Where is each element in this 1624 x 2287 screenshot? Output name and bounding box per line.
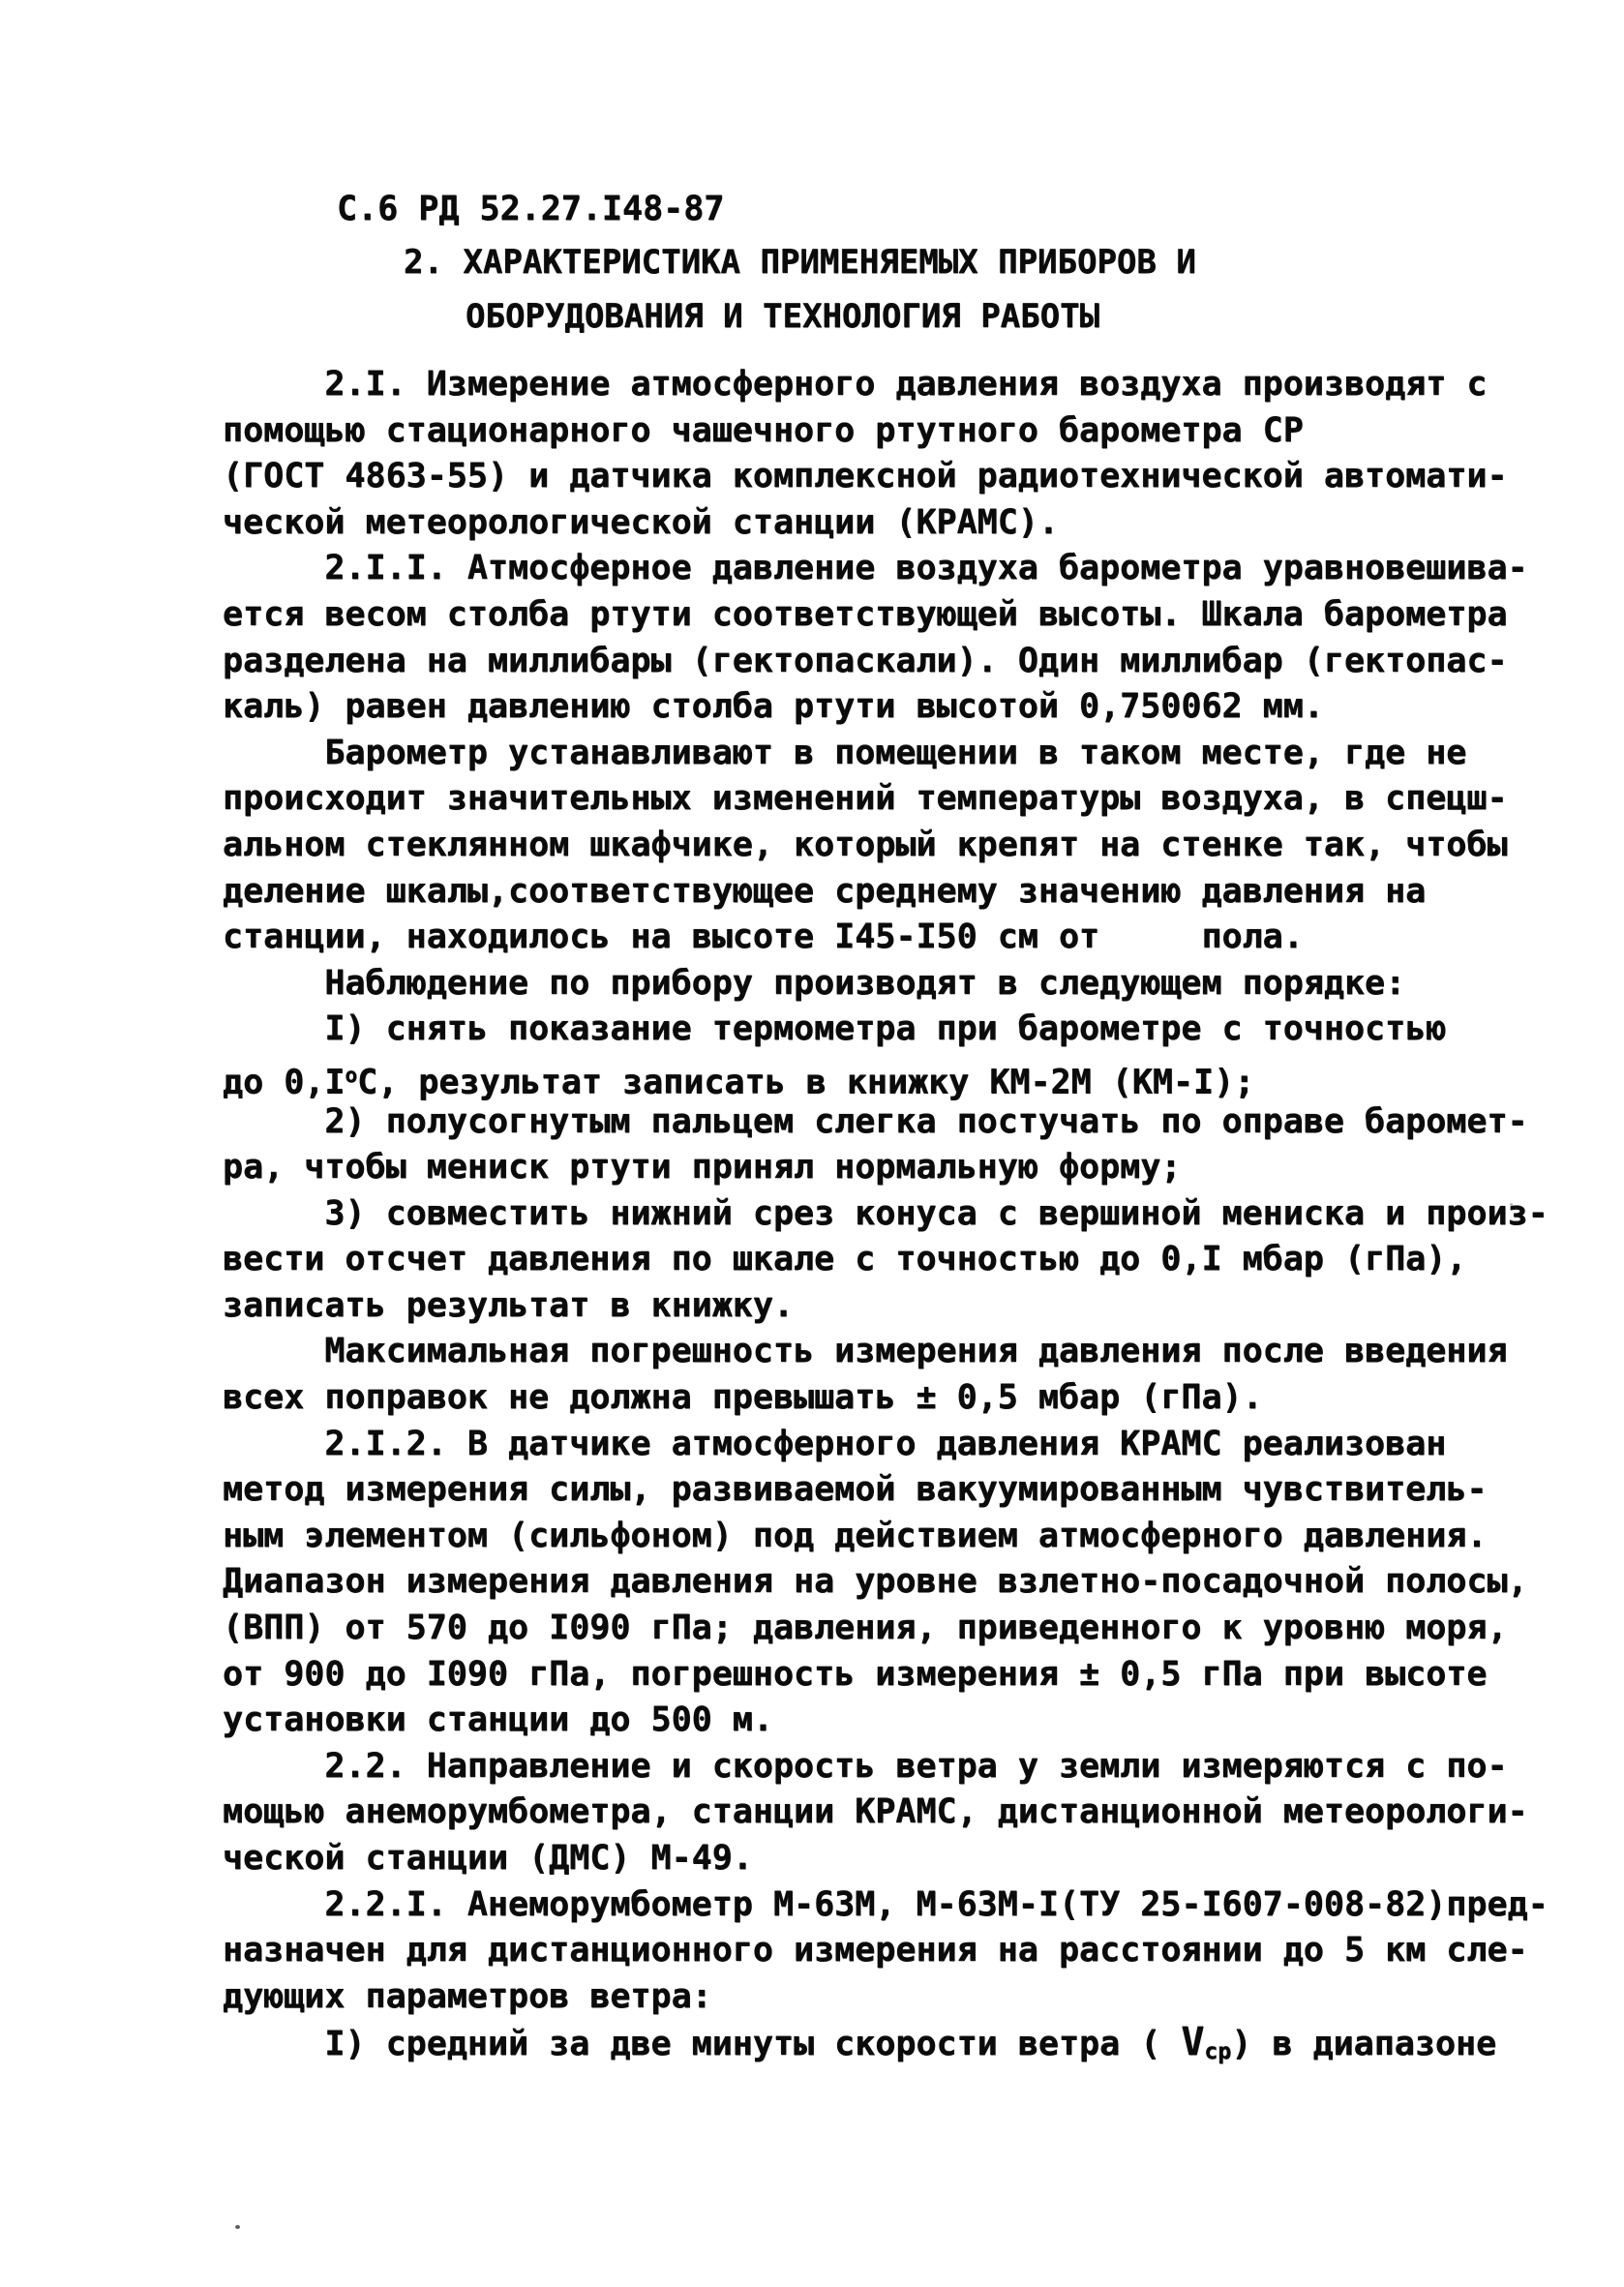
text-line: происходит значительных изменений темпер… bbox=[223, 776, 1607, 823]
text-segment: ра, чтобы мениск ртути принял нормальную… bbox=[223, 1148, 1181, 1187]
text-line: ным элементом (сильфоном) под действием … bbox=[223, 1514, 1607, 1560]
text-segment: помощью стационарного чашечного ртутного… bbox=[223, 411, 1304, 450]
text-line: деление шкалы,соответствующее среднему з… bbox=[223, 869, 1607, 916]
text-line: записать результат в книжку. bbox=[223, 1283, 1607, 1330]
text-segment: установки станции до 500 м. bbox=[223, 1700, 773, 1739]
text-segment: станции, находилось на высоте I45-I50 см… bbox=[223, 918, 1304, 956]
text-segment: I) снять показание термометра при бароме… bbox=[223, 1009, 1446, 1048]
text-segment: до 0,I bbox=[223, 1063, 345, 1101]
text-segment: I) средний за две минуты скорости ветра … bbox=[223, 2025, 1181, 2063]
text-segment: Максимальная погрешность измерения давле… bbox=[223, 1332, 1508, 1370]
text-line: 2.I.2. В датчике атмосферного давления К… bbox=[223, 1422, 1607, 1468]
text-segment: записать результат в книжку. bbox=[223, 1286, 794, 1325]
text-line: мощью анеморумбометра, станции КРАМС, ди… bbox=[223, 1790, 1607, 1836]
text-line: 2.2. Направление и скорость ветра у земл… bbox=[223, 1744, 1607, 1790]
text-line: до 0,IоС, результат записать в книжку КМ… bbox=[223, 1053, 1607, 1099]
text-segment: Барометр устанавливают в помещении в так… bbox=[223, 734, 1466, 772]
text-segment: ческой метеорологической станции (КРАМС)… bbox=[223, 503, 1059, 542]
text-line: ческой станции (ДМС) М-49. bbox=[223, 1836, 1607, 1882]
text-segment: ным элементом (сильфоном) под действием … bbox=[223, 1517, 1487, 1555]
text-segment: дующих параметров ветра: bbox=[223, 1977, 712, 2016]
text-segment: ) в диапазоне bbox=[1231, 2025, 1496, 2063]
text-line: назначен для дистанционного измерения на… bbox=[223, 1928, 1607, 1974]
text-line: метод измерения силы, развиваемой вакуум… bbox=[223, 1467, 1607, 1514]
text-line: I) средний за две минуты скорости ветра … bbox=[223, 2020, 1607, 2066]
text-segment: 2.2. Направление и скорость ветра у земл… bbox=[223, 1747, 1508, 1786]
text-line: Барометр устанавливают в помещении в так… bbox=[223, 731, 1607, 777]
text-segment: всех поправок не должна превышать ± 0,5 … bbox=[223, 1378, 1263, 1417]
text-segment: назначен для дистанционного измерения на… bbox=[223, 1931, 1528, 1970]
text-line: I) снять показание термометра при бароме… bbox=[223, 1007, 1607, 1053]
document-page: С.6 РД 52.27.I48-87 2. ХАРАКТЕРИСТИКА ПР… bbox=[0, 0, 1624, 2287]
text-segment: ср bbox=[1204, 2040, 1231, 2065]
text-line: Диапазон измерения давления на уровне вз… bbox=[223, 1559, 1607, 1606]
text-segment: V bbox=[1181, 2020, 1204, 2064]
text-segment: С, результат записать в книжку КМ-2М (КМ… bbox=[357, 1063, 1254, 1101]
text-line: вести отсчет давления по шкале с точност… bbox=[223, 1237, 1607, 1283]
text-segment: 2.I.I. Атмосферное давление воздуха баро… bbox=[223, 549, 1528, 587]
text-line: Наблюдение по прибору производят в следу… bbox=[223, 961, 1607, 1008]
text-segment: 3) совместить нижний срез конуса с верши… bbox=[223, 1194, 1549, 1233]
text-line: помощью стационарного чашечного ртутного… bbox=[223, 408, 1607, 455]
text-line: станции, находилось на высоте I45-I50 см… bbox=[223, 915, 1607, 961]
text-segment: Диапазон измерения давления на уровне вз… bbox=[223, 1562, 1528, 1601]
text-line: всех поправок не должна превышать ± 0,5 … bbox=[223, 1375, 1607, 1422]
text-line: от 900 до I090 гПа, погрешность измерени… bbox=[223, 1652, 1607, 1699]
text-segment: вести отсчет давления по шкале с точност… bbox=[223, 1240, 1466, 1279]
text-segment: разделена на миллибары (гектопаскали). О… bbox=[223, 642, 1508, 680]
text-segment: каль) равен давлению столба ртути высото… bbox=[223, 687, 1324, 726]
text-segment: (ВПП) от 570 до I090 гПа; давления, прив… bbox=[223, 1609, 1508, 1647]
text-segment: 2) полусогнутым пальцем слегка постучать… bbox=[223, 1102, 1528, 1141]
text-segment: альном стеклянном шкафчике, который креп… bbox=[223, 826, 1508, 864]
text-segment: (ГОСТ 4863-55) и датчика комплексной рад… bbox=[223, 457, 1508, 496]
text-line: дующих параметров ветра: bbox=[223, 1974, 1607, 2021]
text-segment: 2.I. Измерение атмосферного давления воз… bbox=[223, 365, 1487, 404]
text-segment: о bbox=[345, 1064, 357, 1087]
section-heading-line-2: ОБОРУДОВАНИЯ И ТЕХНОЛОГИЯ РАБОТЫ bbox=[466, 297, 1099, 336]
text-segment: Наблюдение по прибору производят в следу… bbox=[223, 964, 1405, 1003]
text-line: ется весом столба ртути соответствующей … bbox=[223, 592, 1607, 639]
text-line: (ВПП) от 570 до I090 гПа; давления, прив… bbox=[223, 1606, 1607, 1652]
body-text: 2.I. Измерение атмосферного давления воз… bbox=[223, 362, 1607, 2066]
text-segment: метод измерения силы, развиваемой вакуум… bbox=[223, 1470, 1487, 1509]
text-segment: ческой станции (ДМС) М-49. bbox=[223, 1839, 753, 1878]
text-segment: 2.I.2. В датчике атмосферного давления К… bbox=[223, 1425, 1446, 1463]
text-line: каль) равен давлению столба ртути высото… bbox=[223, 684, 1607, 731]
text-line: установки станции до 500 м. bbox=[223, 1698, 1607, 1744]
page-header-reference: С.6 РД 52.27.I48-87 bbox=[337, 190, 724, 228]
text-line: 3) совместить нижний срез конуса с верши… bbox=[223, 1191, 1607, 1238]
text-segment: деление шкалы,соответствующее среднему з… bbox=[223, 872, 1426, 911]
text-line: 2.2.I. Анеморумбометр М-63М, М-63М-I(ТУ … bbox=[223, 1882, 1607, 1929]
text-line: ческой метеорологической станции (КРАМС)… bbox=[223, 500, 1607, 547]
scan-speck bbox=[235, 2225, 240, 2229]
text-line: альном стеклянном шкафчике, который креп… bbox=[223, 823, 1607, 869]
text-segment: происходит значительных изменений темпер… bbox=[223, 779, 1508, 818]
text-segment: ется весом столба ртути соответствующей … bbox=[223, 595, 1508, 634]
text-line: 2) полусогнутым пальцем слегка постучать… bbox=[223, 1099, 1607, 1146]
text-line: ра, чтобы мениск ртути принял нормальную… bbox=[223, 1145, 1607, 1191]
text-line: 2.I. Измерение атмосферного давления воз… bbox=[223, 362, 1607, 408]
section-heading-line-1: 2. ХАРАКТЕРИСТИКА ПРИМЕНЯЕМЫХ ПРИБОРОВ И bbox=[404, 243, 1196, 282]
text-segment: 2.2.I. Анеморумбометр М-63М, М-63М-I(ТУ … bbox=[223, 1885, 1549, 1924]
scan-speck bbox=[1510, 1203, 1513, 1206]
text-line: (ГОСТ 4863-55) и датчика комплексной рад… bbox=[223, 454, 1607, 500]
text-line: 2.I.I. Атмосферное давление воздуха баро… bbox=[223, 546, 1607, 592]
text-line: разделена на миллибары (гектопаскали). О… bbox=[223, 639, 1607, 685]
text-segment: от 900 до I090 гПа, погрешность измерени… bbox=[223, 1655, 1487, 1694]
text-line: Максимальная погрешность измерения давле… bbox=[223, 1329, 1607, 1375]
text-segment: мощью анеморумбометра, станции КРАМС, ди… bbox=[223, 1792, 1528, 1831]
